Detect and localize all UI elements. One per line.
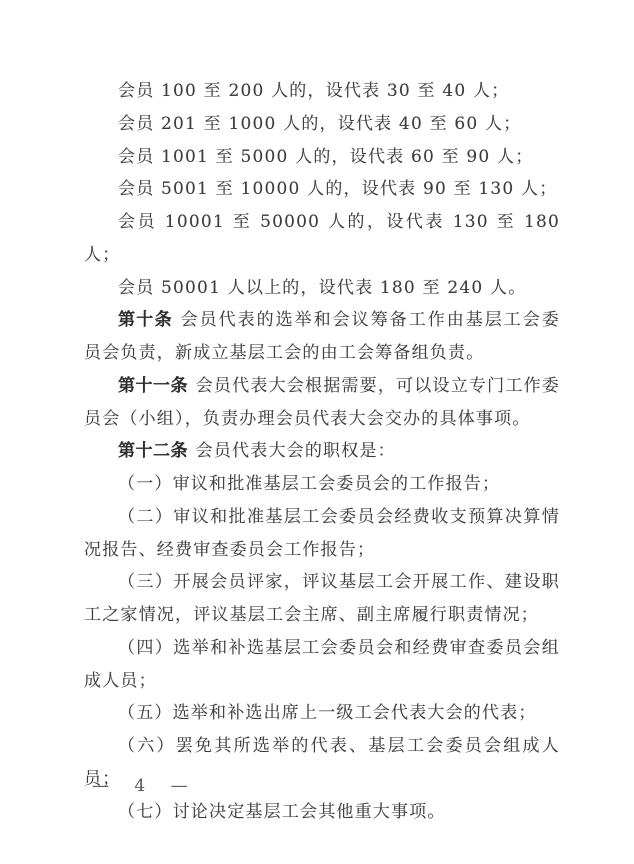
paragraph-text: 会员 5001 至 10000 人的，设代表 90 至 130 人； <box>118 179 557 199</box>
paragraph: （一）审议和批准基层工会委员会的工作报告； <box>84 468 560 501</box>
paragraph-text: （七）讨论决定基层工会其他重大事项。 <box>118 802 446 822</box>
paragraph: 第十条会员代表的选举和会议筹备工作由基层工会委员会负责，新成立基层工会的由工会筹… <box>84 304 560 370</box>
paragraph-text: 会员 1001 至 5000 人的，设代表 60 至 90 人； <box>118 147 533 167</box>
paragraph-text: 会员 100 至 200 人的，设代表 30 至 40 人； <box>118 81 509 101</box>
document-body: 会员 100 至 200 人的，设代表 30 至 40 人； 会员 201 至 … <box>84 75 560 828</box>
paragraph-text: （五）选举和补选出席上一级工会代表大会的代表； <box>118 703 537 723</box>
paragraph-text: 会员 201 至 1000 人的，设代表 40 至 60 人； <box>118 114 521 134</box>
page-number: — 4 — <box>92 776 189 796</box>
paragraph: 会员 201 至 1000 人的，设代表 40 至 60 人； <box>84 108 560 141</box>
paragraph-text: （四）选举和补选基层工会委员会和经费审查委员会组成人员； <box>84 638 560 691</box>
article-number-heading: 第十二条 <box>118 441 188 461</box>
article-number-heading: 第十条 <box>118 310 173 330</box>
paragraph-text: 会员 50001 人以上的，设代表 180 至 240 人。 <box>118 278 526 298</box>
paragraph-text: （二）审议和批准基层工会委员会经费收支预算决算情况报告、经费审查委员会工作报告； <box>84 507 560 560</box>
paragraph: （七）讨论决定基层工会其他重大事项。 <box>84 796 560 829</box>
paragraph: （五）选举和补选出席上一级工会代表大会的代表； <box>84 697 560 730</box>
paragraph: （二）审议和批准基层工会委员会经费收支预算决算情况报告、经费审查委员会工作报告； <box>84 501 560 567</box>
paragraph: 会员 1001 至 5000 人的，设代表 60 至 90 人； <box>84 141 560 174</box>
document-page: 会员 100 至 200 人的，设代表 30 至 40 人； 会员 201 至 … <box>0 0 634 864</box>
paragraph: 会员 100 至 200 人的，设代表 30 至 40 人； <box>84 75 560 108</box>
paragraph: 第十二条会员代表大会的职权是： <box>84 435 560 468</box>
paragraph-text: 会员代表大会的职权是： <box>196 441 396 461</box>
paragraph: （四）选举和补选基层工会委员会和经费审查委员会组成人员； <box>84 632 560 698</box>
paragraph-text: （一）审议和批准基层工会委员会的工作报告； <box>118 474 500 494</box>
article-number-heading: 第十一条 <box>118 376 188 396</box>
paragraph: 会员 10001 至 50000 人的，设代表 130 至 180 人； <box>84 206 560 272</box>
paragraph-text: （三）开展会员评家，评议基层工会开展工作、建设职工之家情况，评议基层工会主席、副… <box>84 572 560 625</box>
paragraph: （三）开展会员评家，评议基层工会开展工作、建设职工之家情况，评议基层工会主席、副… <box>84 566 560 632</box>
paragraph: 会员 50001 人以上的，设代表 180 至 240 人。 <box>84 272 560 305</box>
paragraph-text: 会员 10001 至 50000 人的，设代表 130 至 180 人； <box>84 212 560 265</box>
paragraph: 第十一条会员代表大会根据需要，可以设立专门工作委员会（小组），负责办理会员代表大… <box>84 370 560 436</box>
paragraph: 会员 5001 至 10000 人的，设代表 90 至 130 人； <box>84 173 560 206</box>
